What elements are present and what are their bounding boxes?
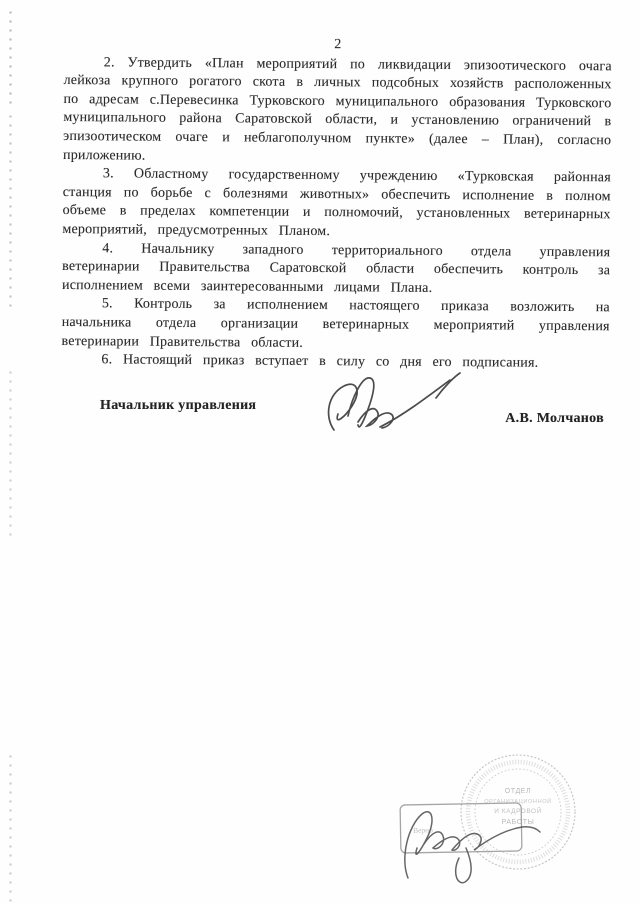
scan-noise-dots (7, 112, 16, 312)
director-signature-icon (318, 370, 478, 448)
stamp-center-text: ОТДЕЛ (505, 788, 532, 795)
stamp-center-text: РАБОТЫ (502, 819, 535, 826)
signer-title: Начальник управления (100, 398, 256, 414)
signer-name: А.В. Молчанов (505, 411, 604, 427)
order-paragraph: 5. Контроль за исполнением настоящего пр… (62, 295, 610, 355)
order-paragraph: 4. Начальнику западного территориального… (62, 240, 610, 300)
order-text-block: 2 2. Утвердить «План мероприятий по ликв… (61, 34, 612, 374)
scan-noise-dots (7, 752, 16, 902)
stamp-center-text: И КАДРОВОЙ (494, 806, 542, 815)
order-paragraph: 2. Утвердить «План мероприятий по ликвид… (63, 54, 612, 170)
stamp-and-certification-area: ОТДЕЛ ОРГАНИЗАЦИОННОЙ И КАДРОВОЙ РАБОТЫ … (380, 700, 640, 905)
scanned-document-page: 2 2. Утвердить «План мероприятий по ликв… (0, 0, 640, 905)
scan-noise-dots (7, 8, 16, 104)
scan-noise-dots (7, 368, 16, 538)
order-paragraph: 3. Областному государственному учреждени… (62, 165, 611, 244)
